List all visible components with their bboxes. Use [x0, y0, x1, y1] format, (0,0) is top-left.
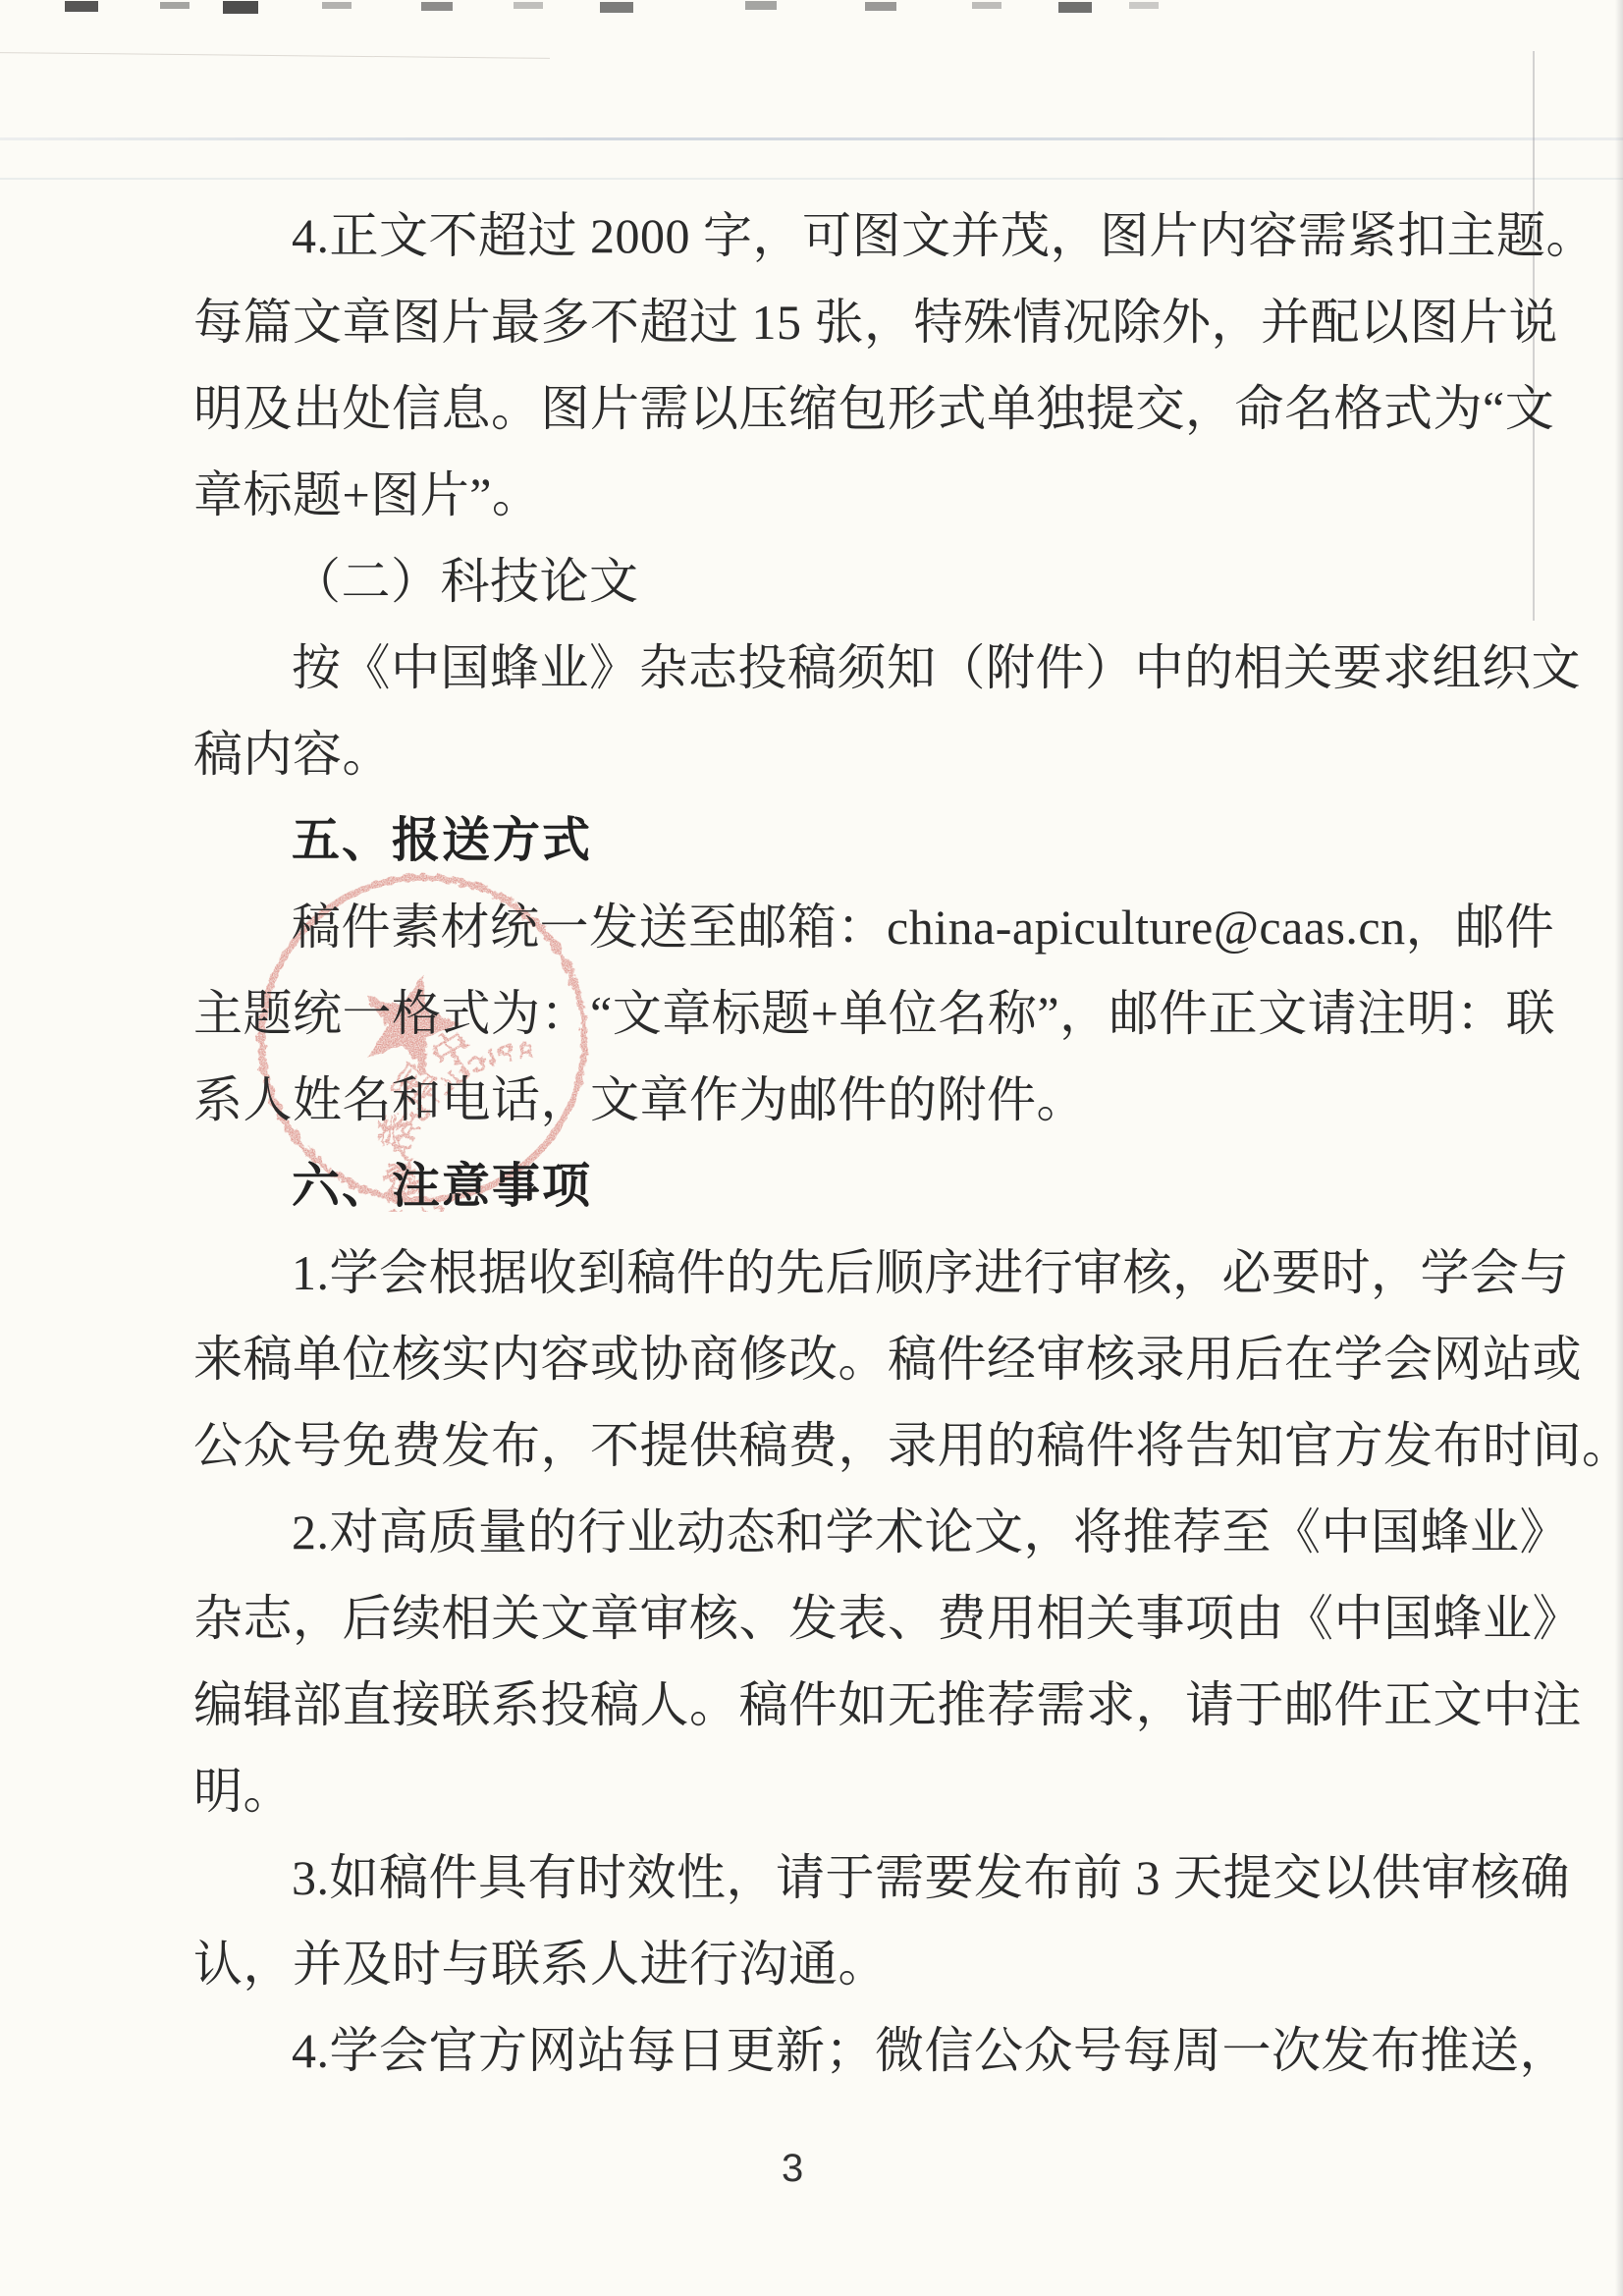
scan-artifact-top-edge: [0, 2, 26, 5]
text-line: 公众号免费发布，不提供稿费，录用的稿件将告知官方发布时间。: [193, 1402, 1360, 1489]
text-line: 2.对高质量的行业动态和学术论文，将推荐至《中国蜂业》: [193, 1489, 1360, 1575]
document-lines: 4.正文不超过 2000 字，可图文并茂，图片内容需紧扣主题。每篇文章图片最多不…: [193, 192, 1360, 2094]
scan-artifact-crease: [0, 178, 1623, 180]
text-line: 明。: [193, 1748, 1360, 1834]
text-line: 稿内容。: [193, 711, 1360, 797]
scan-artifact-crease: [0, 137, 1623, 140]
text-line: 认，并及时与联系人进行沟通。: [193, 1921, 1360, 2007]
text-line: 明及出处信息。图片需以压缩包形式单独提交，命名格式为“文: [193, 365, 1360, 452]
heading-line: 五、报送方式: [193, 797, 1360, 884]
text-line: 按《中国蜂业》杂志投稿须知（附件）中的相关要求组织文: [193, 625, 1360, 711]
scanned-document-page: APICULTURAL SCIENCE ASSOCIATION OF CHINA…: [0, 0, 1623, 2296]
page-number: 3: [782, 2147, 803, 2191]
text-line: 稿件素材统一发送至邮箱：china-apiculture@caas.cn，邮件: [193, 884, 1360, 970]
text-line: （二）科技论文: [193, 538, 1360, 625]
text-line: 杂志，后续相关文章审核、发表、费用相关事项由《中国蜂业》: [193, 1575, 1360, 1662]
text-line: 4.正文不超过 2000 字，可图文并茂，图片内容需紧扣主题。: [193, 192, 1360, 279]
text-line: 每篇文章图片最多不超过 15 张，特殊情况除外，并配以图片说: [193, 279, 1360, 365]
text-line: 来稿单位核实内容或协商修改。稿件经审核录用后在学会网站或: [193, 1316, 1360, 1402]
text-line: 4.学会官方网站每日更新；微信公众号每周一次发布推送，: [193, 2007, 1360, 2094]
scan-artifact-crease: [0, 52, 550, 59]
text-line: 编辑部直接联系投稿人。稿件如无推荐需求，请于邮件正文中注: [193, 1662, 1360, 1748]
text-line: 主题统一格式为：“文章标题+单位名称”，邮件正文请注明：联: [193, 970, 1360, 1057]
text-line: 章标题+图片”。: [193, 452, 1360, 538]
text-line: 1.学会根据收到稿件的先后顺序进行审核，必要时，学会与: [193, 1230, 1360, 1316]
text-line: 系人姓名和电话，文章作为邮件的附件。: [193, 1057, 1360, 1143]
heading-line: 六、注意事项: [193, 1143, 1360, 1230]
text-line: 3.如稿件具有时效性，请于需要发布前 3 天提交以供审核确: [193, 1834, 1360, 1921]
scan-artifact-page-edge: [1615, 0, 1623, 2296]
